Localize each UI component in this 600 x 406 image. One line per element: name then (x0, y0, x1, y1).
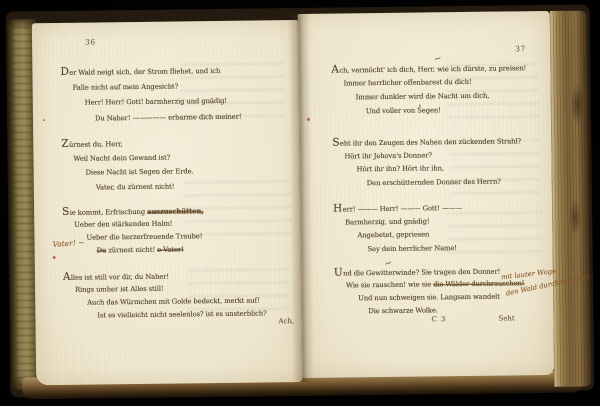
struck-text: o Vater! (157, 245, 184, 253)
signature-mark: C 3 (431, 315, 446, 323)
foxing-spot (53, 256, 56, 259)
stanza: Alles ist still vor dir, du Naher! Rings… (63, 268, 299, 323)
stanza: Sie kommt, Erfrischung auszuschütten, Ue… (62, 203, 298, 258)
verse-segment: Sie kommt, Erfrischung (62, 208, 147, 217)
hand-corrected-word: auszuschütten, (147, 207, 203, 216)
kept-text: Wie sie rauschen! wie sie (346, 280, 433, 289)
verse-line: Und voller von Segen! (366, 102, 567, 118)
struck-text: die Wälder durchrauschen! (433, 279, 524, 288)
stanza: Zürnest du, Herr, Weil Nacht dein Gewand… (61, 134, 297, 195)
verse-line: Die schwarze Wolke. (368, 303, 569, 318)
stanza: Herr! ——— Herr! ——— Gott! ——— Barmherzig… (333, 200, 569, 257)
verse-line-revised: Du zürnest nicht! o Vater! (97, 242, 298, 257)
stanza: Seht ihr den Zeugen des Nahen den zücken… (332, 134, 568, 191)
photo-background: 36 Der Wald neigt sich, der Strom fliehe… (0, 0, 600, 406)
struck-text: Du (97, 246, 107, 254)
verse-line: Ist es vielleicht nicht seelenlos? ist e… (97, 307, 298, 322)
verse-line: Sey dein herrlicher Name! (368, 240, 569, 256)
stanza: Ach, vermöcht' ich dich, Herr, wie ich d… (331, 60, 567, 119)
foxing-spot (307, 118, 310, 121)
verse-line: Vater, du zürnest nicht! (96, 178, 297, 195)
catchword-left: Ach, (278, 317, 294, 325)
catchword-right: Seht (498, 314, 514, 322)
stanza: Der Wald neigt sich, der Strom fliehet, … (60, 62, 296, 127)
verse-line: Den erschütternden Donner des Herrn? (367, 174, 568, 190)
foxing-spot (43, 119, 45, 121)
kept-text: zürnest nicht! (106, 246, 157, 255)
page-number-right: 37 (515, 44, 526, 53)
open-book: 36 Der Wald neigt sich, der Strom fliehe… (6, 4, 595, 397)
verse-line: Du Naher! ————— erbarme dich meiner! (95, 109, 296, 127)
page-left: 36 Der Wald neigt sich, der Strom fliehe… (32, 20, 302, 385)
page-right: 37 ~ Ach, vermöcht' ich dich, Herr, wie … (298, 11, 554, 378)
page-number-left: 36 (85, 37, 96, 46)
